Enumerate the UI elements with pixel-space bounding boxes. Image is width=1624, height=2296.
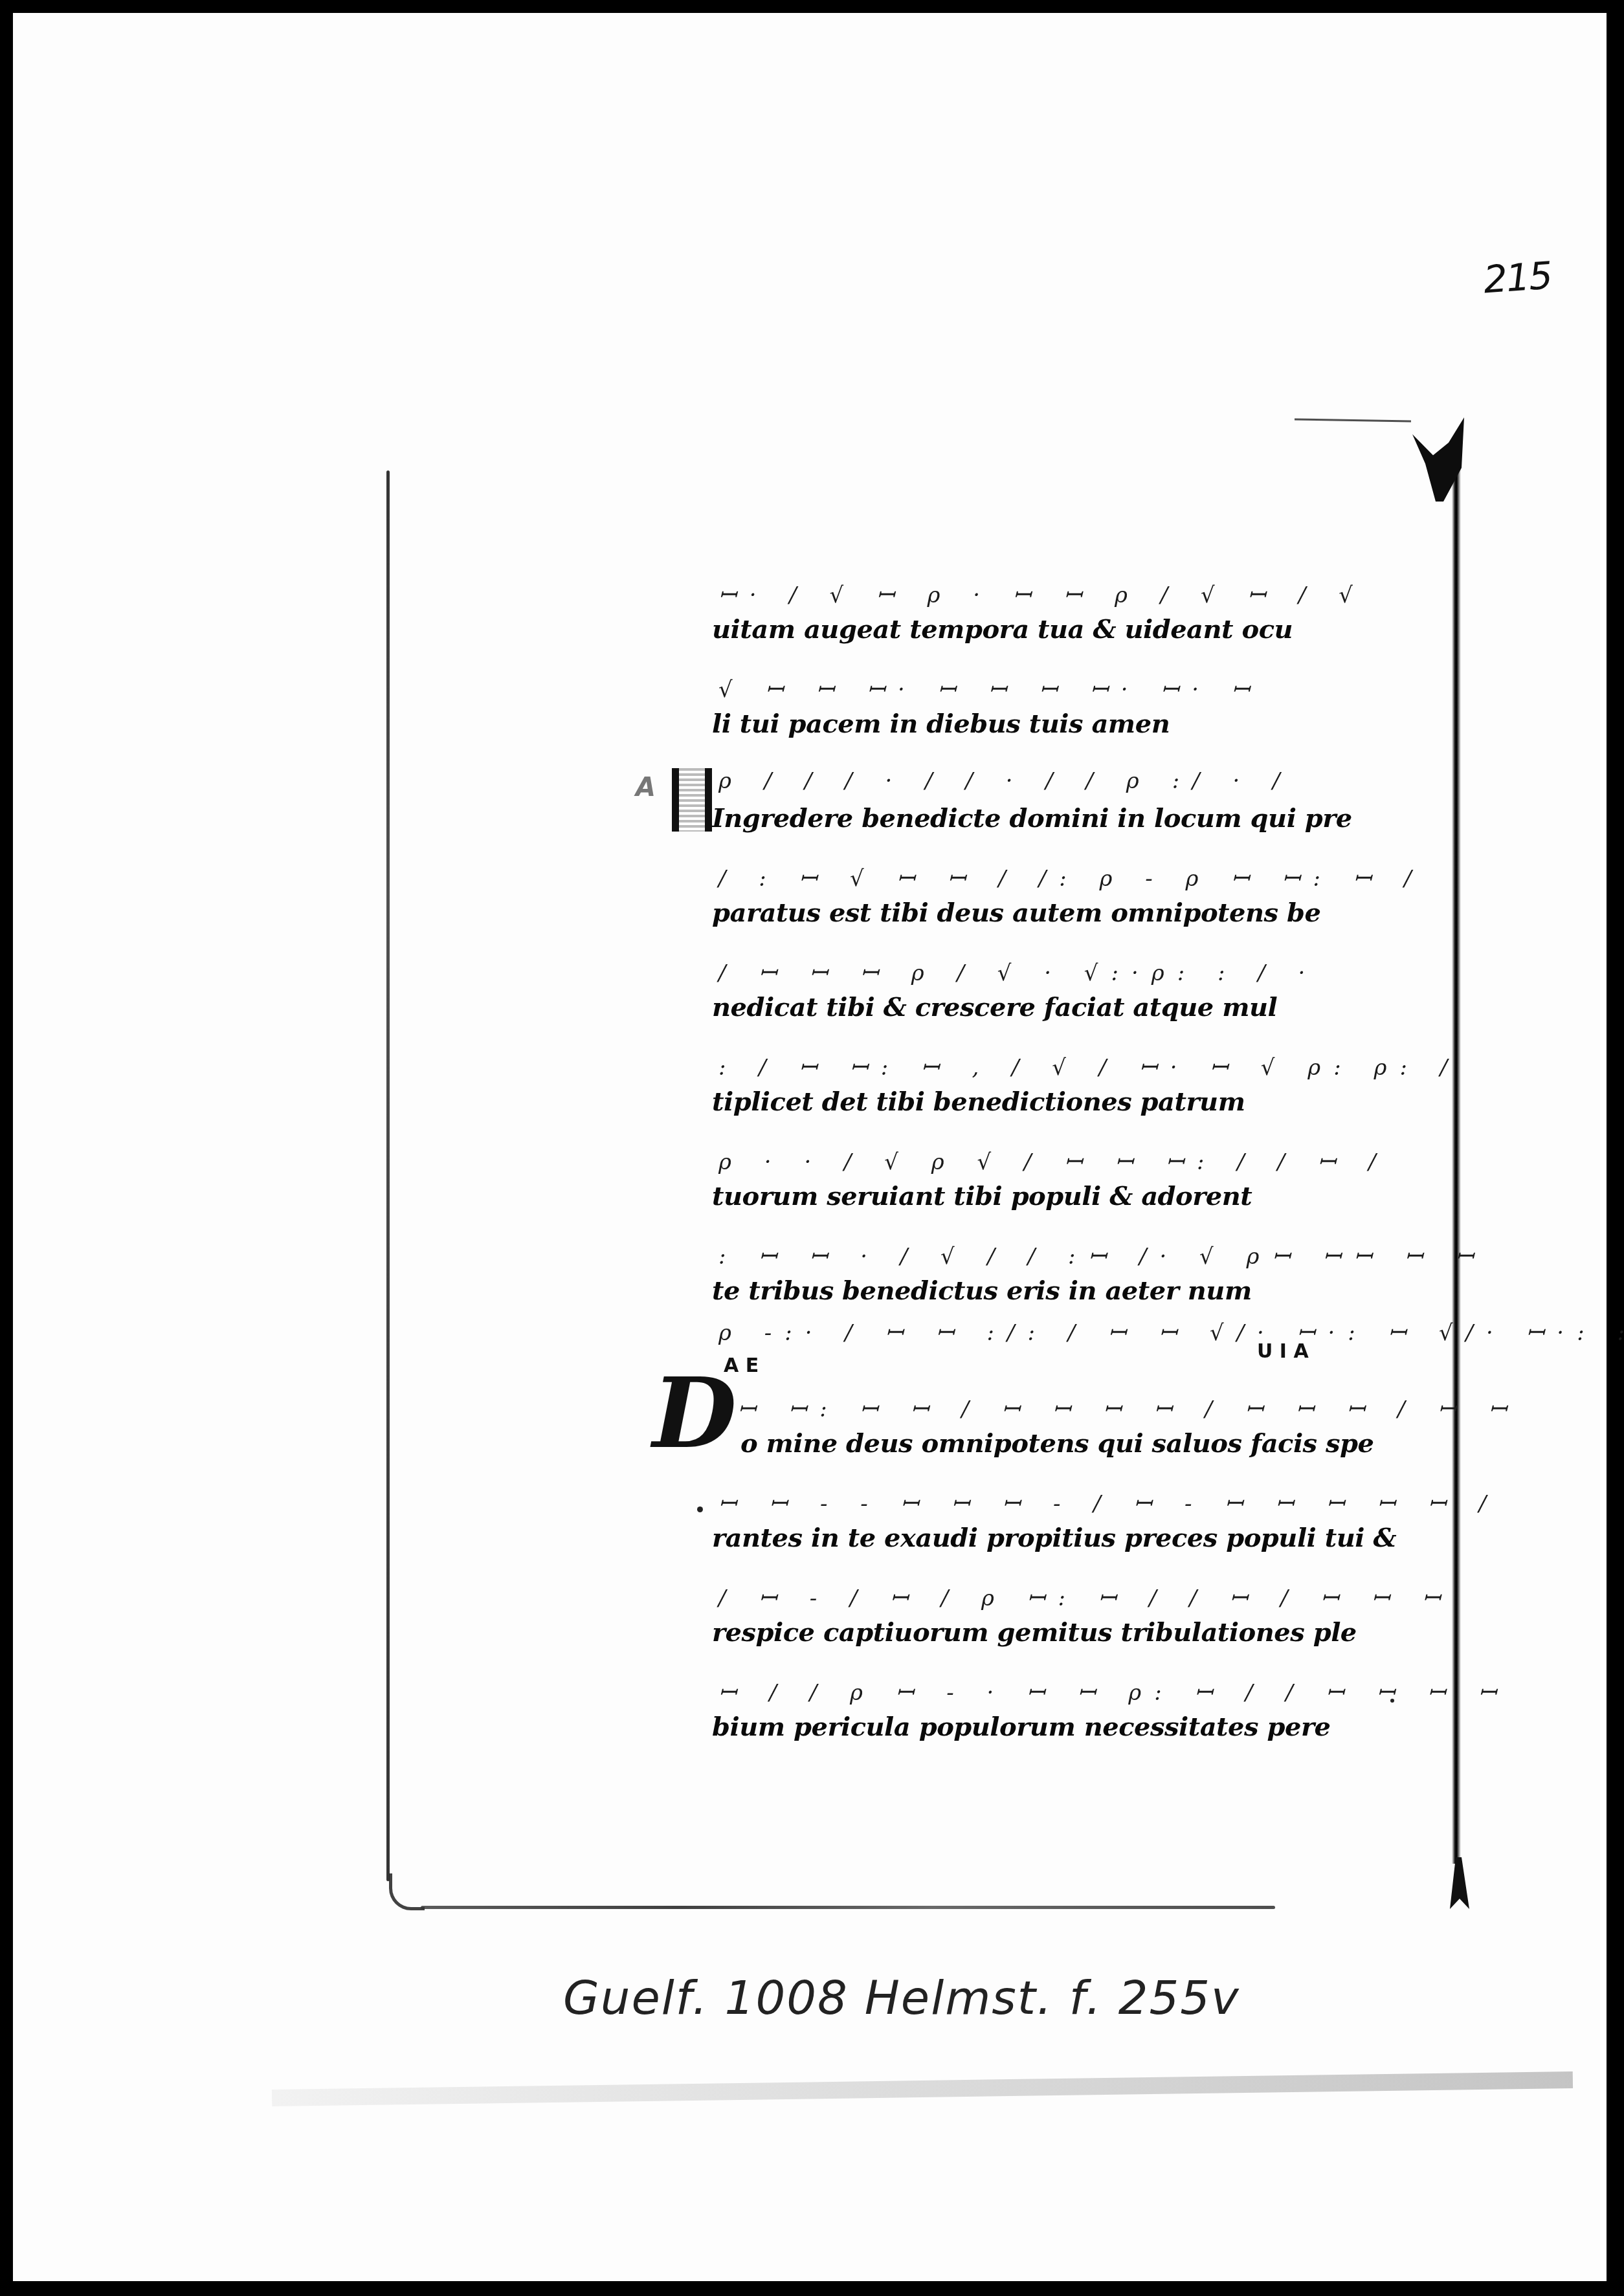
text-line: li tui pacem in diebus tuis amen: [712, 711, 1327, 768]
text-line: bium pericula populorum necessitates per…: [712, 1714, 1327, 1771]
neume-row: / ꟷ ꟷ ꟷ ρ / √ · √:·ρ: : / ·: [712, 957, 1327, 995]
shelfmark-annotation: Guelf. 1008 Helmst. f. 255v: [563, 1970, 1240, 2025]
folio-number: 215: [1482, 253, 1553, 302]
text-line: paratus est tibi deus autem omnipotens b…: [712, 900, 1327, 957]
neume-row: / ꟷ - / ꟷ / ρ ꟷ: ꟷ / / ꟷ / ꟷ ꟷ ꟷ: [712, 1582, 1327, 1620]
neume-row: ꟷ· / √ ꟷ ρ · ꟷ ꟷ ρ / √ ꟷ / √: [712, 579, 1327, 617]
text-line: Ingredere benedicte domini in locum qui …: [712, 803, 1352, 833]
text-line-with-initial: A Ingredere benedicte domini in locum qu…: [712, 806, 1327, 863]
rubric-right: U I A: [1257, 1340, 1309, 1363]
leaf-bottom-edge: [421, 1906, 1275, 1909]
text-line-with-initial: D o mine deus omnipotens qui saluos faci…: [712, 1431, 1327, 1488]
text-line: tiplicet det tibi benedictiones patrum: [712, 1089, 1327, 1146]
neume-row: ꟷ / / ρ ꟷ - · ꟷ ꟷ ρ: ꟷ / / ꟷ ꟷ ꟷ ꟷ: [712, 1677, 1327, 1714]
neume-row: ꟷ ꟷ - - ꟷ ꟷ ꟷ - / ꟷ - ꟷ ꟷ ꟷ ꟷ ꟷ /: [712, 1488, 1327, 1525]
neume-row: ρ · · / √ ρ √ / ꟷ ꟷ ꟷ: / / ꟷ /: [712, 1146, 1327, 1184]
marginal-letter: A: [636, 775, 655, 800]
ink-dot: [1390, 1699, 1394, 1703]
text-line: rantes in te exaudi propitius preces pop…: [712, 1525, 1327, 1582]
rubric-row: A E U I A: [712, 1354, 1327, 1393]
text-line: respice captiuorum gemitus tribulationes…: [712, 1620, 1327, 1677]
neume-row: : / ꟷ ꟷ: ꟷ , / √ / ꟷ· ꟷ √ ρ: ρ: /: [712, 1052, 1327, 1089]
neume-row: ρ / / / · / / · / / ρ :/ · /: [712, 768, 1327, 806]
text-line: nedicat tibi & crescere faciat atque mul: [712, 995, 1327, 1052]
text-line: tuorum seruiant tibi populi & adorent: [712, 1184, 1327, 1241]
neume-row: ꟷ ꟷ: ꟷ ꟷ / ꟷ ꟷ ꟷ ꟷ / ꟷ ꟷ ꟷ / ꟷ ꟷ: [712, 1393, 1327, 1431]
ink-dot: [697, 1507, 703, 1512]
decorated-initial-I: [672, 768, 712, 832]
leaf-right-edge: [1452, 447, 1461, 1864]
neume-row: / : ꟷ √ ꟷ ꟷ / /: ρ - ρ ꟷ ꟷ: ꟷ /: [712, 863, 1327, 900]
neume-row: : ꟷ ꟷ · / √ / / :ꟷ /· √ ρꟷ ꟷꟷ ꟷ ꟷ: [712, 1241, 1327, 1278]
text-line: uitam augeat tempora tua & uideant ocu: [712, 617, 1327, 674]
neume-row: √ ꟷ ꟷ ꟷ· ꟷ ꟷ ꟷ ꟷ· ꟷ· ꟷ: [712, 674, 1327, 711]
text-line: te tribus benedictus eris in aeter num: [712, 1278, 1327, 1317]
text-block: ꟷ· / √ ꟷ ρ · ꟷ ꟷ ρ / √ ꟷ / √ uitam augea…: [712, 579, 1327, 1771]
decorated-initial-D: D: [652, 1365, 737, 1462]
neume-row: ρ -:· / ꟷ ꟷ :/: / ꟷ ꟷ √/· ꟷ·: ꟷ √/· ꟷ·: …: [712, 1317, 1327, 1354]
leaf-left-edge: [386, 470, 390, 1881]
text-line: o mine deus omnipotens qui saluos facis …: [712, 1428, 1374, 1459]
